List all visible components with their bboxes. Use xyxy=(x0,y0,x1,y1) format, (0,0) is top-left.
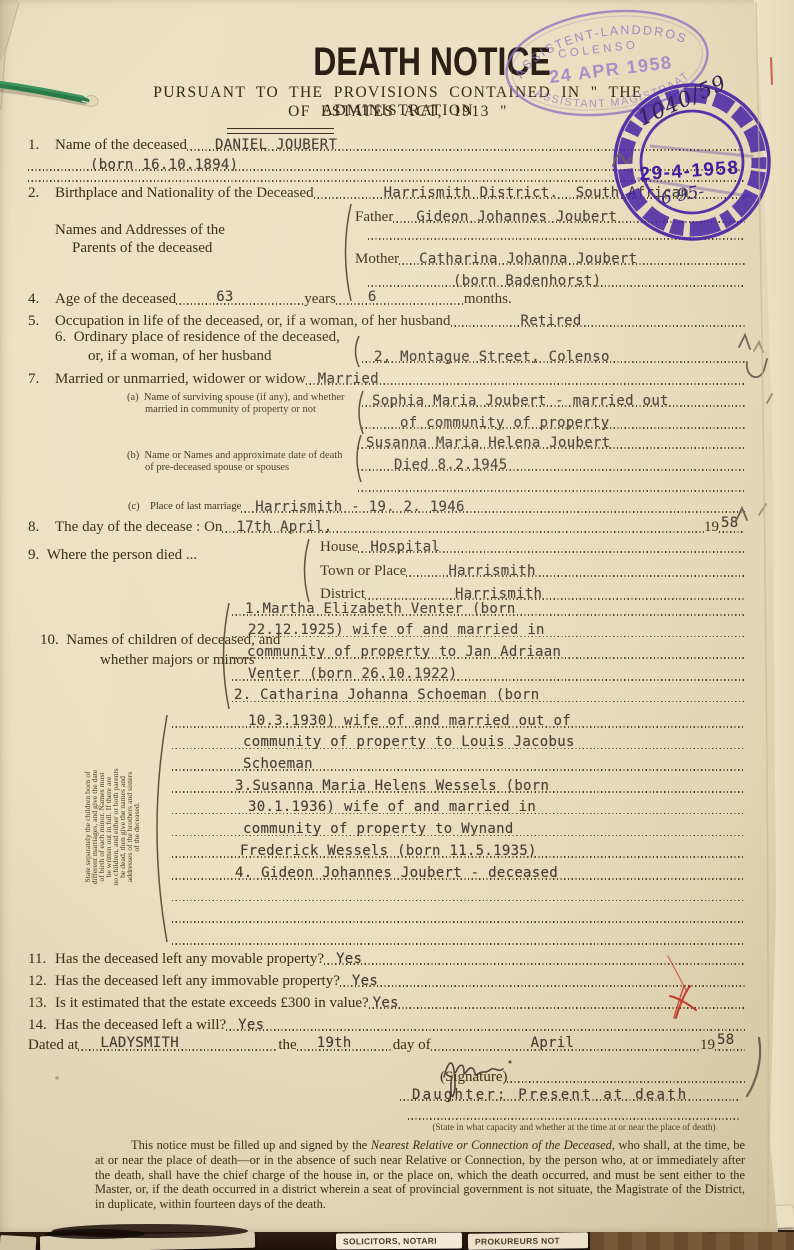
field-label: Birthplace and Nationality of the Deceas… xyxy=(55,183,314,203)
dotted-line: Yes xyxy=(226,1014,745,1035)
paper-slip-prokureurs: PROKUREURS NOT xyxy=(468,1232,588,1250)
typed-value: 17th April, xyxy=(236,519,332,535)
subtitle-line2: OF ESTATES ACT, 1913 " xyxy=(91,103,705,121)
paper-slip-solicitors: SOLICITORS, NOTARI xyxy=(336,1232,462,1249)
typed-child-entry: community of property to Jan Adriaan xyxy=(247,644,561,660)
typed-value: Harrismith - 19. 2. 1946 xyxy=(255,499,465,515)
wood-strip xyxy=(590,1232,794,1250)
field-7a-label-2: married in community of property or not xyxy=(145,404,316,416)
dotted-line: Catharina Johanna Joubert xyxy=(399,248,745,269)
typed-value: 63 xyxy=(216,289,233,305)
typed-child-entry: community of property to Wynand xyxy=(243,821,514,837)
typed-value: Catharina Johanna Joubert xyxy=(419,251,637,267)
field-number: 13. xyxy=(28,993,55,1013)
dotted-line: Yes xyxy=(340,970,745,991)
field-2-birthplace: 2. Birthplace and Nationality of the Dec… xyxy=(28,182,745,203)
field-7a-value-2: of community of property xyxy=(362,412,745,433)
typed-value: Yes xyxy=(373,995,399,1011)
typed-value: DANIEL JOUBERT xyxy=(215,137,337,153)
child-row: community of property to Jan Adriaan xyxy=(232,641,745,663)
typed-year: 58 xyxy=(717,1032,734,1048)
dotted-line: Harrismith xyxy=(406,560,745,581)
field-6-number-label: 6. Ordinary place of residence of the de… xyxy=(55,328,340,346)
typed-month: April xyxy=(531,1035,575,1051)
child-row: 4. Gideon Johannes Joubert - deceased xyxy=(172,862,745,884)
dotted-line: April xyxy=(431,1034,700,1055)
field-3-label-1: Names and Addresses of the xyxy=(55,221,225,239)
child-row: 22.12.1925) wife of and married in xyxy=(232,620,745,642)
field-7b-label-2: of pre-deceased spouse or spouses xyxy=(145,462,289,474)
dated-row: Dated at LADYSMITH the 19th day of April… xyxy=(28,1034,745,1055)
typed-day: 19th xyxy=(317,1035,352,1051)
typed-value: Yes xyxy=(238,1017,264,1033)
typed-capacity: Daughter: Present at death xyxy=(412,1087,688,1103)
typed-child-entry: Frederick Wessels (born 11.5.1935) xyxy=(240,843,537,859)
field-4-age: 4. Age of the deceased 63 years 6 months… xyxy=(28,288,521,309)
field-number: 2. xyxy=(28,183,55,203)
typed-child-entry: 1.Martha Elizabeth Venter (born xyxy=(245,601,516,617)
field-number: 11. xyxy=(28,949,55,969)
dotted-line: of community of property xyxy=(362,412,745,433)
dotted-line: Retired xyxy=(451,310,745,331)
field-12-immovable: 12. Has the deceased left any immovable … xyxy=(28,970,745,991)
dotted-line: 19th xyxy=(297,1034,393,1055)
field-9-label: 9. Where the person died ... xyxy=(28,546,197,564)
scanned-death-notice: SOLICITORS, NOTARI PROKUREURS NOT DEATH … xyxy=(0,0,794,1250)
typed-value: Retired xyxy=(521,313,582,329)
children-list-a: 1.Martha Elizabeth Venter (born22.12.192… xyxy=(232,598,745,706)
typed-value: Yes xyxy=(336,951,362,967)
typed-child-entry: 2. Catharina Johanna Schoeman (born xyxy=(234,687,540,703)
dotted-line: Daughter: Present at death xyxy=(400,1084,740,1105)
dotted-line: LADYSMITH xyxy=(78,1034,278,1055)
year-prefix: 19 xyxy=(704,517,719,537)
dotted-line: Hospital xyxy=(358,536,745,557)
typed-value: 2, Montague Street, Colenso xyxy=(374,349,610,365)
field-label: The day of the decease : On xyxy=(55,517,222,537)
year-prefix: 19 xyxy=(700,1035,715,1055)
day-of-label: day of xyxy=(393,1035,431,1055)
field-1-name: 1. Name of the deceased DANIEL JOUBERT xyxy=(28,134,745,155)
typed-child-entry: 22.12.1925) wife of and married in xyxy=(248,622,545,638)
child-row xyxy=(172,884,745,906)
child-row: 2. Catharina Johanna Schoeman (born xyxy=(232,685,745,707)
child-row: 30.1.1936) wife of and married in xyxy=(172,797,745,819)
house-row: House Hospital xyxy=(320,536,745,557)
child-row: Frederick Wessels (born 11.5.1935) xyxy=(172,840,745,862)
field-14-will: 14. Has the deceased left a will? Yes xyxy=(28,1014,745,1035)
typed-value: Susanna Maria Helena Joubert xyxy=(366,435,610,451)
child-row xyxy=(172,927,745,949)
field-6-residence: 2, Montague Street, Colenso xyxy=(362,346,745,367)
typed-value: Married xyxy=(318,371,379,387)
town-row: Town or Place Harrismith xyxy=(320,560,745,581)
child-row xyxy=(172,905,745,927)
child-row: 3.Susanna Maria Helens Wessels (born xyxy=(172,775,745,797)
paper-slip xyxy=(0,1235,36,1250)
field-number: 1. xyxy=(28,135,55,155)
ruled-line xyxy=(408,1103,740,1124)
field-number: (c) xyxy=(128,497,150,517)
field-label: Has the deceased left a will? xyxy=(55,1015,226,1035)
mother-label: Mother xyxy=(355,249,399,269)
dotted-line: Married xyxy=(306,368,745,389)
child-row: 10.3.1930) wife of and married out of xyxy=(172,710,745,732)
typed-value: Harrismith xyxy=(448,563,535,579)
dotted-line: Susanna Maria Helena Joubert xyxy=(358,432,745,453)
field-label: Married or unmarried, widower or widow xyxy=(55,369,306,389)
field-number: 8. xyxy=(28,517,55,537)
dotted-line: 2, Montague Street, Colenso xyxy=(362,346,745,367)
dotted-line: 6 xyxy=(336,288,464,309)
field-11-movable: 11. Has the deceased left any movable pr… xyxy=(28,948,745,969)
dotted-line: Died 8.2.1945 xyxy=(358,454,745,475)
page-title: DEATH NOTICE xyxy=(268,42,596,82)
children-instructions-sidenote: State separately the children born of di… xyxy=(84,718,140,936)
typed-value: Yes xyxy=(352,973,378,989)
field-label: Has the deceased left any immovable prop… xyxy=(55,971,340,991)
typed-value: of community of property xyxy=(400,415,610,431)
typed-child-entry: 30.1.1936) wife of and married in xyxy=(248,799,536,815)
field-number: 5. xyxy=(28,311,55,331)
children-list-b: 10.3.1930) wife of and married out ofcom… xyxy=(172,710,745,949)
typed-value: Died 8.2.1945 xyxy=(394,457,507,473)
field-7b-value-2: Died 8.2.1945 xyxy=(358,454,745,475)
typed-child-entry: Venter (born 26.10.1922) xyxy=(248,666,458,682)
dotted-line: Yes xyxy=(369,992,745,1013)
slip-text: SOLICITORS, NOTARI xyxy=(336,1232,462,1250)
footer-instructions: This notice must be filled up and signed… xyxy=(95,1138,745,1212)
typed-child-entry: 3.Susanna Maria Helens Wessels (born xyxy=(235,778,549,794)
field-7a-label-1: (a) Name of surviving spouse (if any), a… xyxy=(127,392,345,404)
ruled-line xyxy=(368,223,745,244)
dotted-line: 63 xyxy=(176,288,304,309)
typed-value: Hospital xyxy=(370,539,440,555)
field-label: Name of the deceased xyxy=(55,135,187,155)
dotted-line: DANIEL JOUBERT xyxy=(187,134,745,155)
typed-child-entry: 10.3.1930) wife of and married out of xyxy=(248,713,571,729)
typed-child-entry: Schoeman xyxy=(243,756,313,772)
field-label: Age of the deceased xyxy=(55,289,176,309)
mother-row: Mother Catharina Johanna Joubert xyxy=(355,248,745,269)
slip-text: PROKUREURS NOT xyxy=(468,1232,588,1250)
ruled-line xyxy=(358,475,745,496)
dotted-line: 58 xyxy=(715,1034,745,1055)
the-label: the xyxy=(278,1035,296,1055)
capacity-row: Daughter: Present at death xyxy=(400,1084,740,1105)
field-13-estate-value: 13. Is it estimated that the estate exce… xyxy=(28,992,745,1013)
field-label: Ordinary place of residence of the decea… xyxy=(74,329,340,345)
field-label: Is it estimated that the estate exceeds … xyxy=(55,993,369,1013)
typed-child-entry: 4. Gideon Johannes Joubert - deceased xyxy=(235,865,558,881)
typed-year: 58 xyxy=(721,515,738,531)
field-7c-marriage: (c) Place of last marriage Harrismith - … xyxy=(128,496,745,517)
capacity-note: (State in what capacity and whether at t… xyxy=(408,1123,740,1133)
field-8-day-of-decease: 8. The day of the decease : On 17th Apri… xyxy=(28,516,745,537)
field-7b-value-1: Susanna Maria Helena Joubert xyxy=(358,432,745,453)
house-label: House xyxy=(320,537,358,557)
field-6-label-2: or, if a woman, of her husband xyxy=(88,347,272,365)
death-notice-form: DEATH NOTICE PURSUANT TO THE PROVISIONS … xyxy=(0,0,794,1232)
typed-value: Harrismith District. South African xyxy=(384,185,690,201)
field-number: 4. xyxy=(28,289,55,309)
typed-value: 6 xyxy=(368,289,377,305)
field-3-label-2: Parents of the deceased xyxy=(72,239,212,257)
field-number: 12. xyxy=(28,971,55,991)
field-7-married: 7. Married or unmarried, widower or wido… xyxy=(28,368,745,389)
town-label: Town or Place xyxy=(320,561,406,581)
typed-value: Sophia Maria Joubert - married out xyxy=(372,393,669,409)
months-label: months. xyxy=(464,289,512,309)
child-row: Venter (born 26.10.1922) xyxy=(232,663,745,685)
child-row: Schoeman xyxy=(172,753,745,775)
field-number: 14. xyxy=(28,1015,55,1035)
dotted-line: Sophia Maria Joubert - married out xyxy=(362,390,745,411)
typed-child-entry: community of property to Louis Jacobus xyxy=(243,734,575,750)
dotted-line: Harrismith - 19. 2. 1946 xyxy=(241,496,745,517)
child-row: community of property to Wynand xyxy=(172,818,745,840)
field-label: Place of last marriage xyxy=(150,497,241,517)
field-7a-value-1: Sophia Maria Joubert - married out xyxy=(362,390,745,411)
field-7b-label-1: (b) Name or Names and approximate date o… xyxy=(127,450,342,462)
typed-place: LADYSMITH xyxy=(100,1035,179,1051)
field-label: Has the deceased left any movable proper… xyxy=(55,949,324,969)
years-label: years xyxy=(304,289,336,309)
typed-value: (born Badenhorst) xyxy=(453,273,601,289)
dotted-line: Yes xyxy=(324,948,745,969)
dated-at-label: Dated at xyxy=(28,1035,78,1055)
dotted-line: 58 xyxy=(719,516,745,537)
field-number: 7. xyxy=(28,369,55,389)
dotted-line: 17th April, xyxy=(222,516,704,537)
dotted-line: Harrismith District. South African xyxy=(314,182,745,203)
child-row: 1.Martha Elizabeth Venter (born xyxy=(232,598,745,620)
child-row: community of property to Louis Jacobus xyxy=(172,732,745,754)
